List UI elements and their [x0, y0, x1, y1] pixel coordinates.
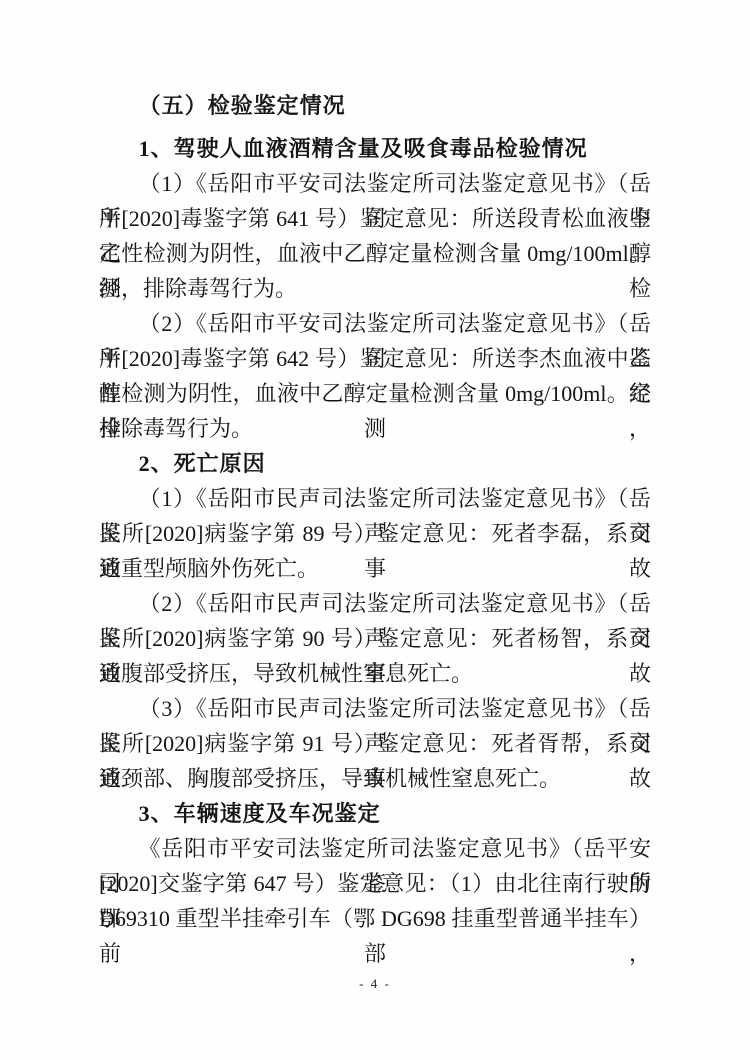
paragraph-line: 所[2020]毒鉴字第 642 号）鉴定意见：所送李杰血液中乙醇定 — [99, 341, 651, 376]
paragraph-line: 所[2020]毒鉴字第 641 号）鉴定意见：所送段青松血液中乙醇 — [99, 201, 651, 236]
paragraph-line: （2）《岳阳市民声司法鉴定所司法鉴定意见书》（岳民声司 — [99, 586, 651, 621]
paragraph: （1）《岳阳市平安司法鉴定所司法鉴定意见书》（岳平司鉴 所[2020]毒鉴字第 … — [99, 166, 651, 306]
paragraph: （1）《岳阳市民声司法鉴定所司法鉴定意见书》（岳民声司 鉴所[2020]病鉴字第… — [99, 481, 651, 586]
paragraph-line: 《岳阳市平安司法鉴定所司法鉴定意见书》（岳平安司鉴所 — [99, 831, 651, 866]
paragraph: （2）《岳阳市民声司法鉴定所司法鉴定意见书》（岳民声司 鉴所[2020]病鉴字第… — [99, 586, 651, 691]
paragraph: 《岳阳市平安司法鉴定所司法鉴定意见书》（岳平安司鉴所 [2020]交鉴字第 64… — [99, 831, 651, 936]
paragraph: （2）《岳阳市平安司法鉴定所司法鉴定意见书》（岳平司鉴 所[2020]毒鉴字第 … — [99, 306, 651, 446]
paragraph-line: 鉴所[2020]病鉴字第 91 号）鉴定意见：死者胥帮，系交通事故 — [99, 726, 651, 761]
paragraph-line: 鉴所[2020]病鉴字第 89 号）鉴定意见：死者李磊，系交通事故 — [99, 516, 651, 551]
paragraph-line: 鉴所[2020]病鉴字第 90 号）鉴定意见：死者杨智，系交通事故 — [99, 621, 651, 656]
paragraph-line: D69310 重型半挂牵引车（鄂 DG698 挂重型普通半挂车）前部， — [99, 901, 651, 936]
section-2: 2、死亡原因 （1）《岳阳市民声司法鉴定所司法鉴定意见书》（岳民声司 鉴所[20… — [99, 446, 651, 796]
paragraph: （3）《岳阳市民声司法鉴定所司法鉴定意见书》（岳民声司 鉴所[2020]病鉴字第… — [99, 691, 651, 796]
section-3: 3、车辆速度及车况鉴定 《岳阳市平安司法鉴定所司法鉴定意见书》（岳平安司鉴所 [… — [99, 796, 651, 936]
paragraph-line: 性检测为阴性，血液中乙醇定量检测含量 0mg/100ml。经检测， — [99, 376, 651, 411]
paragraph-line: （3）《岳阳市民声司法鉴定所司法鉴定意见书》（岳民声司 — [99, 691, 651, 726]
paragraph-line: 定性检测为阴性，血液中乙醇定量检测含量 0mg/100ml。经检 — [99, 236, 651, 271]
heading-section-5: （五）检验鉴定情况 — [99, 88, 651, 123]
heading-item-3: 3、车辆速度及车况鉴定 — [99, 796, 651, 831]
document-content: （五）检验鉴定情况 1、驾驶人血液酒精含量及吸食毒品检验情况 （1）《岳阳市平安… — [99, 88, 651, 936]
heading-item-1: 1、驾驶人血液酒精含量及吸食毒品检验情况 — [99, 131, 651, 166]
paragraph-line: [2020]交鉴字第 647 号）鉴定意见：（1）由北往南行驶的鄂 — [99, 866, 651, 901]
document-page: （五）检验鉴定情况 1、驾驶人血液酒精含量及吸食毒品检验情况 （1）《岳阳市平安… — [0, 0, 750, 1060]
page-footer: - 4 - — [0, 974, 750, 994]
paragraph-line: （1）《岳阳市平安司法鉴定所司法鉴定意见书》（岳平司鉴 — [99, 166, 651, 201]
paragraph-line: （2）《岳阳市平安司法鉴定所司法鉴定意见书》（岳平司鉴 — [99, 306, 651, 341]
heading-item-2: 2、死亡原因 — [99, 446, 651, 481]
section-1: 1、驾驶人血液酒精含量及吸食毒品检验情况 （1）《岳阳市平安司法鉴定所司法鉴定意… — [99, 131, 651, 446]
page-number: - 4 - — [359, 976, 391, 991]
paragraph-line: （1）《岳阳市民声司法鉴定所司法鉴定意见书》（岳民声司 — [99, 481, 651, 516]
